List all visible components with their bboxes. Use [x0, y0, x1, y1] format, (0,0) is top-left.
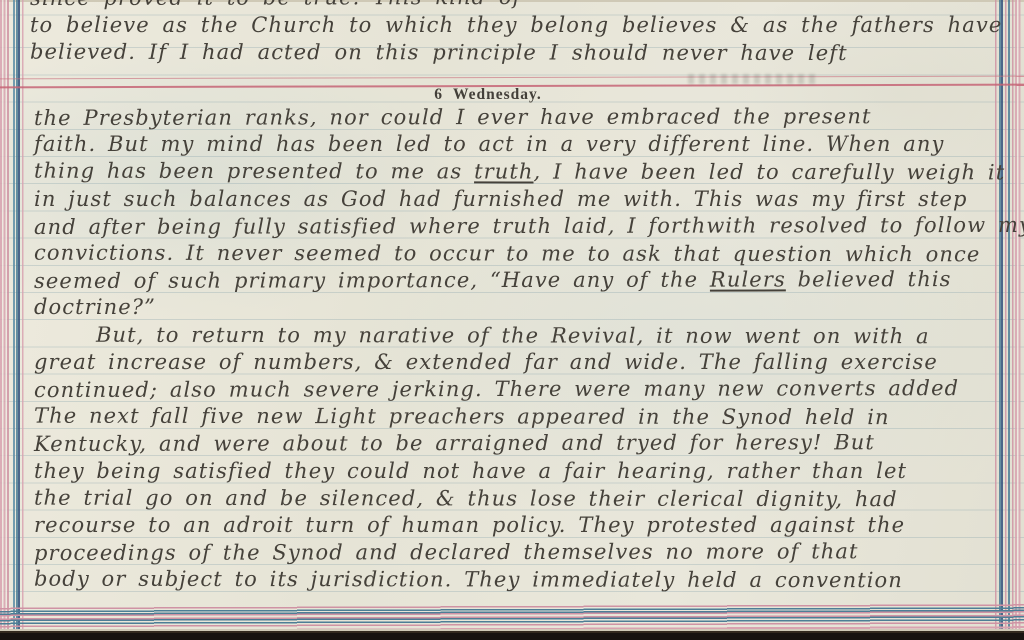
handwritten-line: Kentucky, and were about to be arraigned…	[34, 429, 999, 458]
diary-page-photo: since proved it to be true. This kind of…	[0, 0, 1024, 640]
entry-text: the Presbyterian ranks, nor could I ever…	[34, 104, 999, 594]
handwritten-line: in just such balances as God had furnish…	[34, 186, 999, 213]
page-paper: since proved it to be true. This kind of…	[0, 0, 1024, 633]
handwritten-line: body or subject to its jurisdiction. The…	[34, 566, 999, 595]
day-name: Wednesday.	[453, 86, 542, 103]
handwritten-line: faith. But my mind has been led to act i…	[34, 131, 999, 158]
handwritten-line: The next fall five new Light preachers a…	[34, 403, 999, 432]
page-bottom-edge-shadow	[0, 629, 1024, 640]
handwritten-line: to believe as the Church to which they b…	[30, 12, 1005, 40]
handwritten-line: proceedings of the Synod and declared th…	[34, 538, 999, 567]
handwritten-line: doctrine?”	[34, 294, 999, 321]
handwritten-line: convictions. It never seemed to occur to…	[34, 240, 999, 269]
handwritten-line: and after being fully satisfied where tr…	[34, 212, 999, 241]
handwritten-line: thing has been presented to me as truth,…	[34, 158, 999, 187]
handwritten-line: the trial go on and be silenced, & thus …	[34, 485, 999, 514]
handwritten-line: since proved it to be true. This kind of	[30, 0, 1005, 13]
handwritten-line: continued; also much severe jerking. The…	[34, 375, 999, 404]
date-header: 6Wednesday.	[0, 86, 1024, 104]
handwritten-line: But, to return to my narative of the Rev…	[34, 321, 999, 350]
handwritten-line: they being satisfied they could not have…	[34, 458, 999, 485]
day-number: 6	[434, 86, 443, 103]
handwritten-line: seemed of such primary importance, “Have…	[34, 266, 999, 295]
handwritten-line: recourse to an adroit turn of human poli…	[34, 512, 999, 539]
handwritten-line: believed. If I had acted on this princip…	[30, 39, 1005, 68]
ink-show-through-smudge	[688, 74, 820, 84]
previous-entry-text: since proved it to be true. This kind of…	[30, 0, 1005, 67]
handwritten-line: great increase of numbers, & extended fa…	[34, 349, 999, 376]
handwritten-line: the Presbyterian ranks, nor could I ever…	[34, 103, 999, 132]
